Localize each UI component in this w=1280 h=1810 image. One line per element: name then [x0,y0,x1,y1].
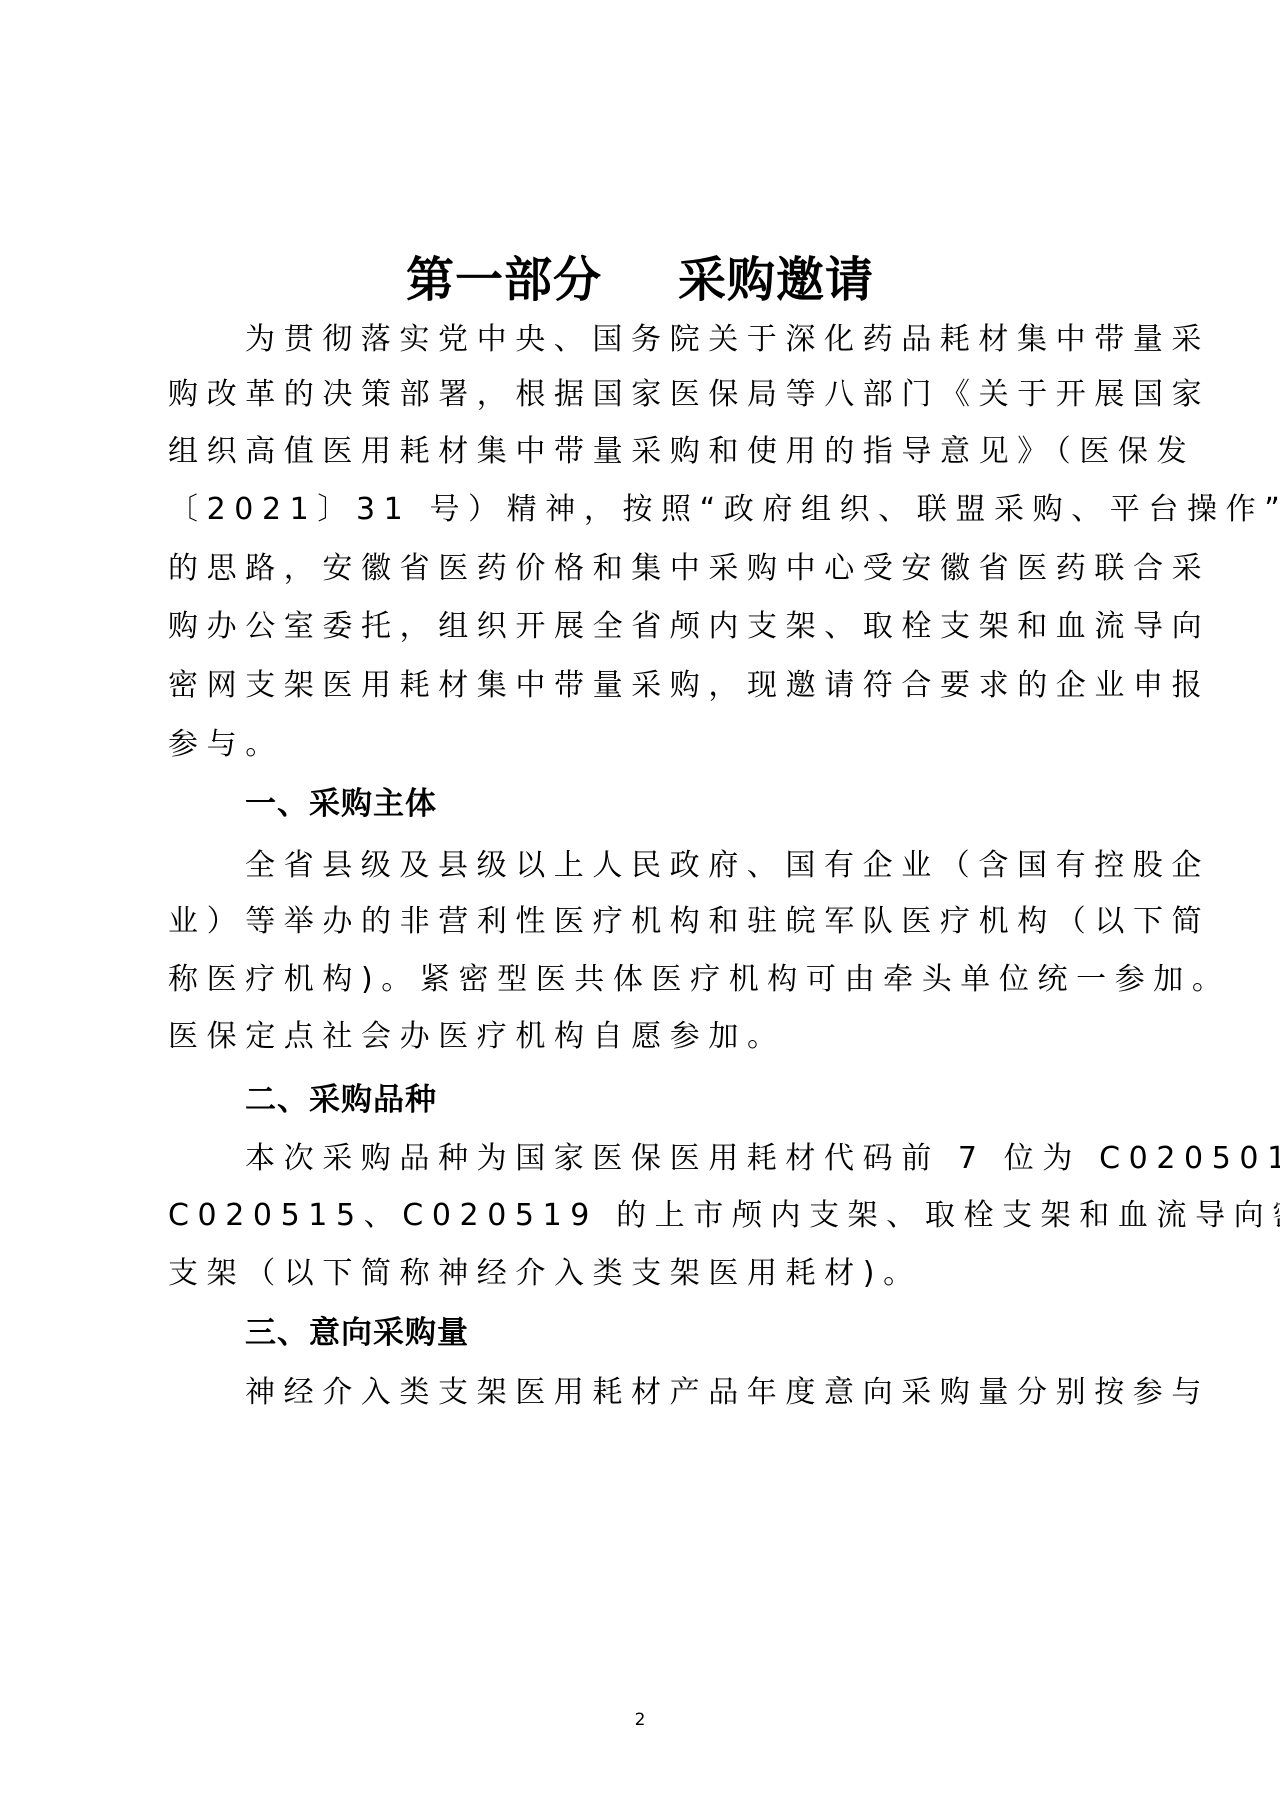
title-part: 第一部分 [406,252,602,308]
intro-line: 组织高值医用耗材集中带量采购和使用的指导意见》（医保发 [168,432,1118,472]
section-line: 支架（以下简称神经介入类支架医用耗材)。 [168,1254,1118,1294]
intro-line: 〔2021〕31 号）精神，按照“政府组织、联盟采购、平台操作” [168,490,1118,530]
title-name: 采购邀请 [678,252,874,308]
section-line: 业）等举办的非营利性医疗机构和驻皖军队医疗机构（以下简 [168,902,1118,942]
intro-line: 的思路，安徽省医药价格和集中采购中心受安徽省医药联合采 [168,549,1118,589]
section-line: 医保定点社会办医疗机构自愿参加。 [168,1017,1118,1057]
intro-line: 为贯彻落实党中央、国务院关于深化药品耗材集中带量采 [245,320,1195,360]
intro-line: 购办公室委托，组织开展全省颅内支架、取栓支架和血流导向 [168,607,1118,647]
intro-line: 参与。 [168,725,1118,765]
intro-line: 密网支架医用耗材集中带量采购，现邀请符合要求的企业申报 [168,666,1118,706]
section-line: 称医疗机构)。紧密型医共体医疗机构可由牵头单位统一参加。 [168,960,1118,1000]
section-line: 全省县级及县级以上人民政府、国有企业（含国有控股企 [245,846,1195,886]
section-heading-purchasing-variety: 二、采购品种 [245,1080,437,1120]
section-heading-intended-volume: 三、意向采购量 [245,1313,469,1353]
intro-line: 购改革的决策部署，根据国家医保局等八部门《关于开展国家 [168,375,1118,415]
page-title: 第一部分采购邀请 [0,248,1280,312]
page-number: 2 [0,1708,1280,1732]
section-line: C020515、C020519 的上市颅内支架、取栓支架和血流导向密网 [168,1196,1118,1236]
section-line: 神经介入类支架医用耗材产品年度意向采购量分别按参与 [245,1373,1195,1413]
section-heading-purchasing-entity: 一、采购主体 [245,784,437,824]
section-line: 本次采购品种为国家医保医用耗材代码前 7 位为 C020501、 [245,1139,1195,1179]
document-page: 第一部分采购邀请 为贯彻落实党中央、国务院关于深化药品耗材集中带量采 购改革的决… [0,0,1280,1810]
